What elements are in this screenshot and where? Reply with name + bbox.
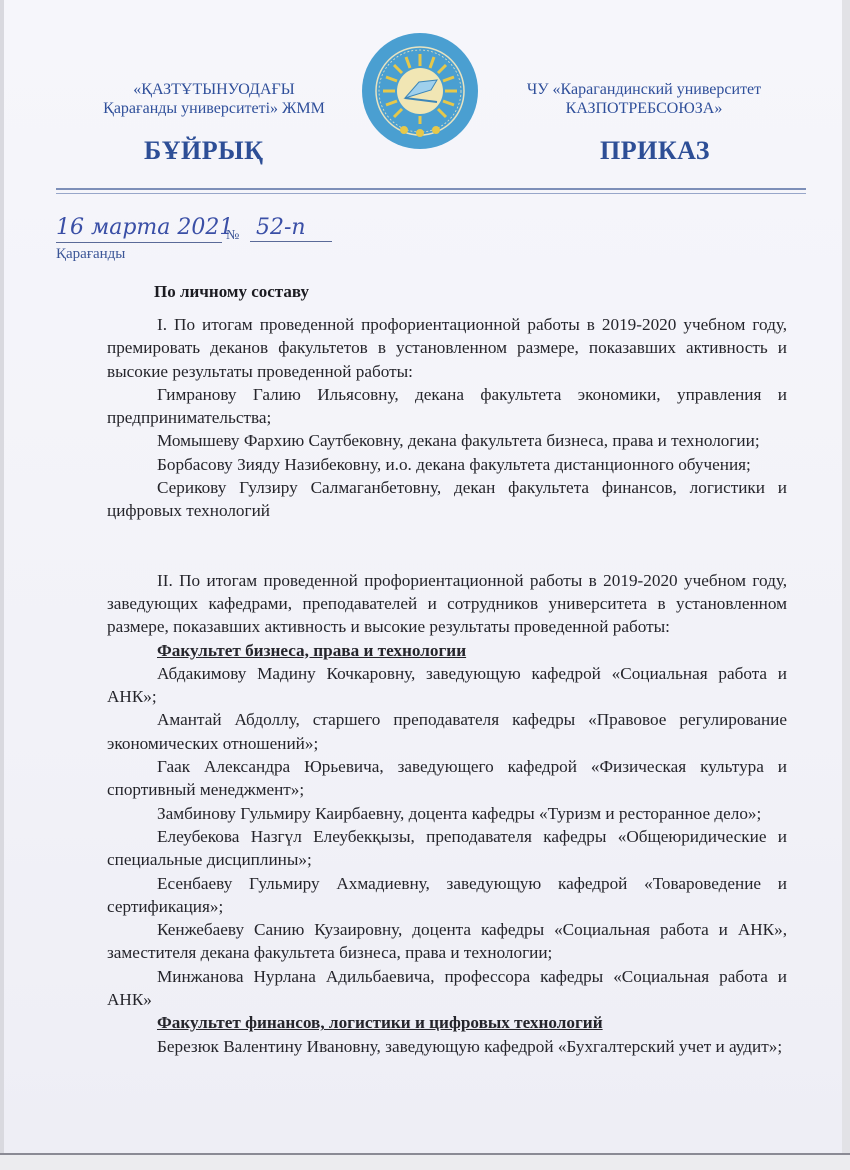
- order-subject: По личному составу: [154, 282, 309, 302]
- list-item-dean: Борбасову Зияду Назибековну, и.о. декана…: [107, 453, 787, 476]
- paragraph-section-2: II. По итогам проведенной профориентацио…: [107, 569, 787, 639]
- faculty-heading: Факультет финансов, логистики и цифровых…: [107, 1011, 787, 1034]
- order-number-label: №: [226, 228, 239, 244]
- list-item-dean: Момышеву Фархию Саутбековну, декана факу…: [107, 429, 787, 452]
- header-divider: [56, 188, 806, 190]
- list-item-staff: Амантай Абдоллу, старшего преподавателя …: [107, 708, 787, 755]
- list-item-staff: Минжанова Нурлана Адильбаевича, профессо…: [107, 965, 787, 1012]
- list-item-staff: Есенбаеву Гульмиру Ахмадиевну, заведующу…: [107, 872, 787, 919]
- header-right-org: ЧУ «Карагандинский университет КАЗПОТРЕБ…: [514, 80, 774, 118]
- list-item-staff: Абдакимову Мадину Кочкаровну, заведующую…: [107, 662, 787, 709]
- list-item-staff: Кенжебаеву Санию Кузаировну, доцента каф…: [107, 918, 787, 965]
- scan-bottom-edge: [0, 1153, 850, 1170]
- university-emblem-icon: [361, 32, 479, 150]
- paragraph-section-1: I. По итогам проведенной профориентацион…: [107, 313, 787, 383]
- list-item-staff: Замбинову Гульмиру Каирбаевну, доцента к…: [107, 802, 787, 825]
- order-body: I. По итогам проведенной профориентацион…: [107, 313, 787, 1058]
- doc-title-kz: БҰЙРЫҚ: [144, 136, 263, 166]
- scan-right-edge: [842, 0, 850, 1170]
- page: «ҚАЗТҰТЫНУОДАҒЫ Қарағанды университеті» …: [4, 0, 844, 1155]
- header-divider-thin: [56, 193, 806, 194]
- order-number-handwritten: 52-п: [250, 214, 332, 242]
- list-item-dean: Серикову Гулзиру Салмаганбетовну, декан …: [107, 476, 787, 523]
- header-left-org: «ҚАЗТҰТЫНУОДАҒЫ Қарағанды университеті» …: [74, 80, 354, 118]
- list-item-dean: Гимранову Галию Ильясовну, декана факуль…: [107, 383, 787, 430]
- list-item-staff: Березюк Валентину Ивановну, заведующую к…: [107, 1035, 787, 1058]
- org-name-kz-line1: «ҚАЗТҰТЫНУОДАҒЫ: [74, 80, 354, 99]
- org-name-kz-line2: Қарағанды университеті» ЖММ: [74, 99, 354, 118]
- org-name-ru-line1: ЧУ «Карагандинский университет: [514, 80, 774, 99]
- doc-title-ru: ПРИКАЗ: [600, 136, 710, 166]
- list-item-staff: Елеубекова Назгүл Елеубекқызы, преподава…: [107, 825, 787, 872]
- order-date-handwritten: 16 марта 2021: [56, 214, 222, 243]
- faculty-heading: Факультет бизнеса, права и технологии: [107, 639, 787, 662]
- scanned-document: «ҚАЗТҰТЫНУОДАҒЫ Қарағанды университеті» …: [0, 0, 850, 1170]
- list-item-staff: Гаак Александра Юрьевича, заведующего ка…: [107, 755, 787, 802]
- org-name-ru-line2: КАЗПОТРЕБСОЮЗА»: [514, 99, 774, 118]
- order-city: Қарағанды: [56, 246, 125, 263]
